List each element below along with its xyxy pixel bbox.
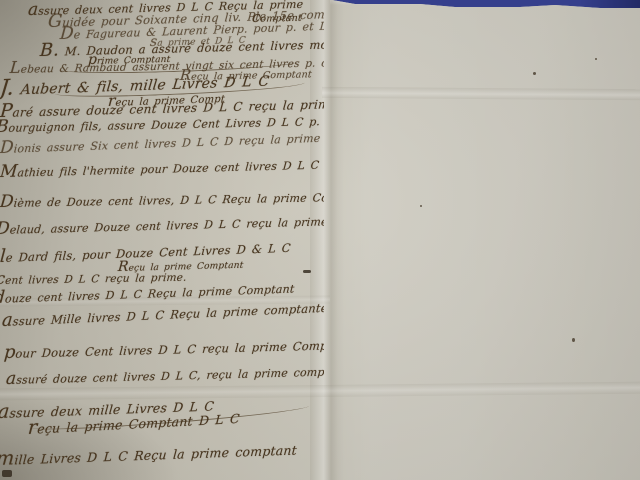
ink-speck [420, 205, 422, 207]
ink-speck [572, 338, 575, 342]
photo-of-manuscript: assure deux cent livres D L C Reçu la pr… [0, 0, 640, 480]
handwritten-line: Delaud, assure Douze cent livres D L C r… [0, 209, 324, 239]
handwritten-line: assuré douze cent livres D L C, reçu la … [5, 361, 324, 389]
horizontal-crease-right [322, 87, 640, 100]
handwriting-block: assure deux cent livres D L C Reçu la pr… [0, 0, 324, 480]
handwritten-line: pour Douze Cent livres D L C reçu la pri… [3, 333, 324, 363]
ink-speck [595, 58, 597, 60]
handwritten-line: mille Livres D L C Reçu la prime comptan… [0, 436, 298, 470]
ink-speck [533, 72, 536, 75]
manuscript-sheet: assure deux cent livres D L C Reçu la pr… [0, 0, 640, 480]
handwritten-line: Dième de Douze cent livres, D L C Reçu l… [0, 186, 324, 212]
